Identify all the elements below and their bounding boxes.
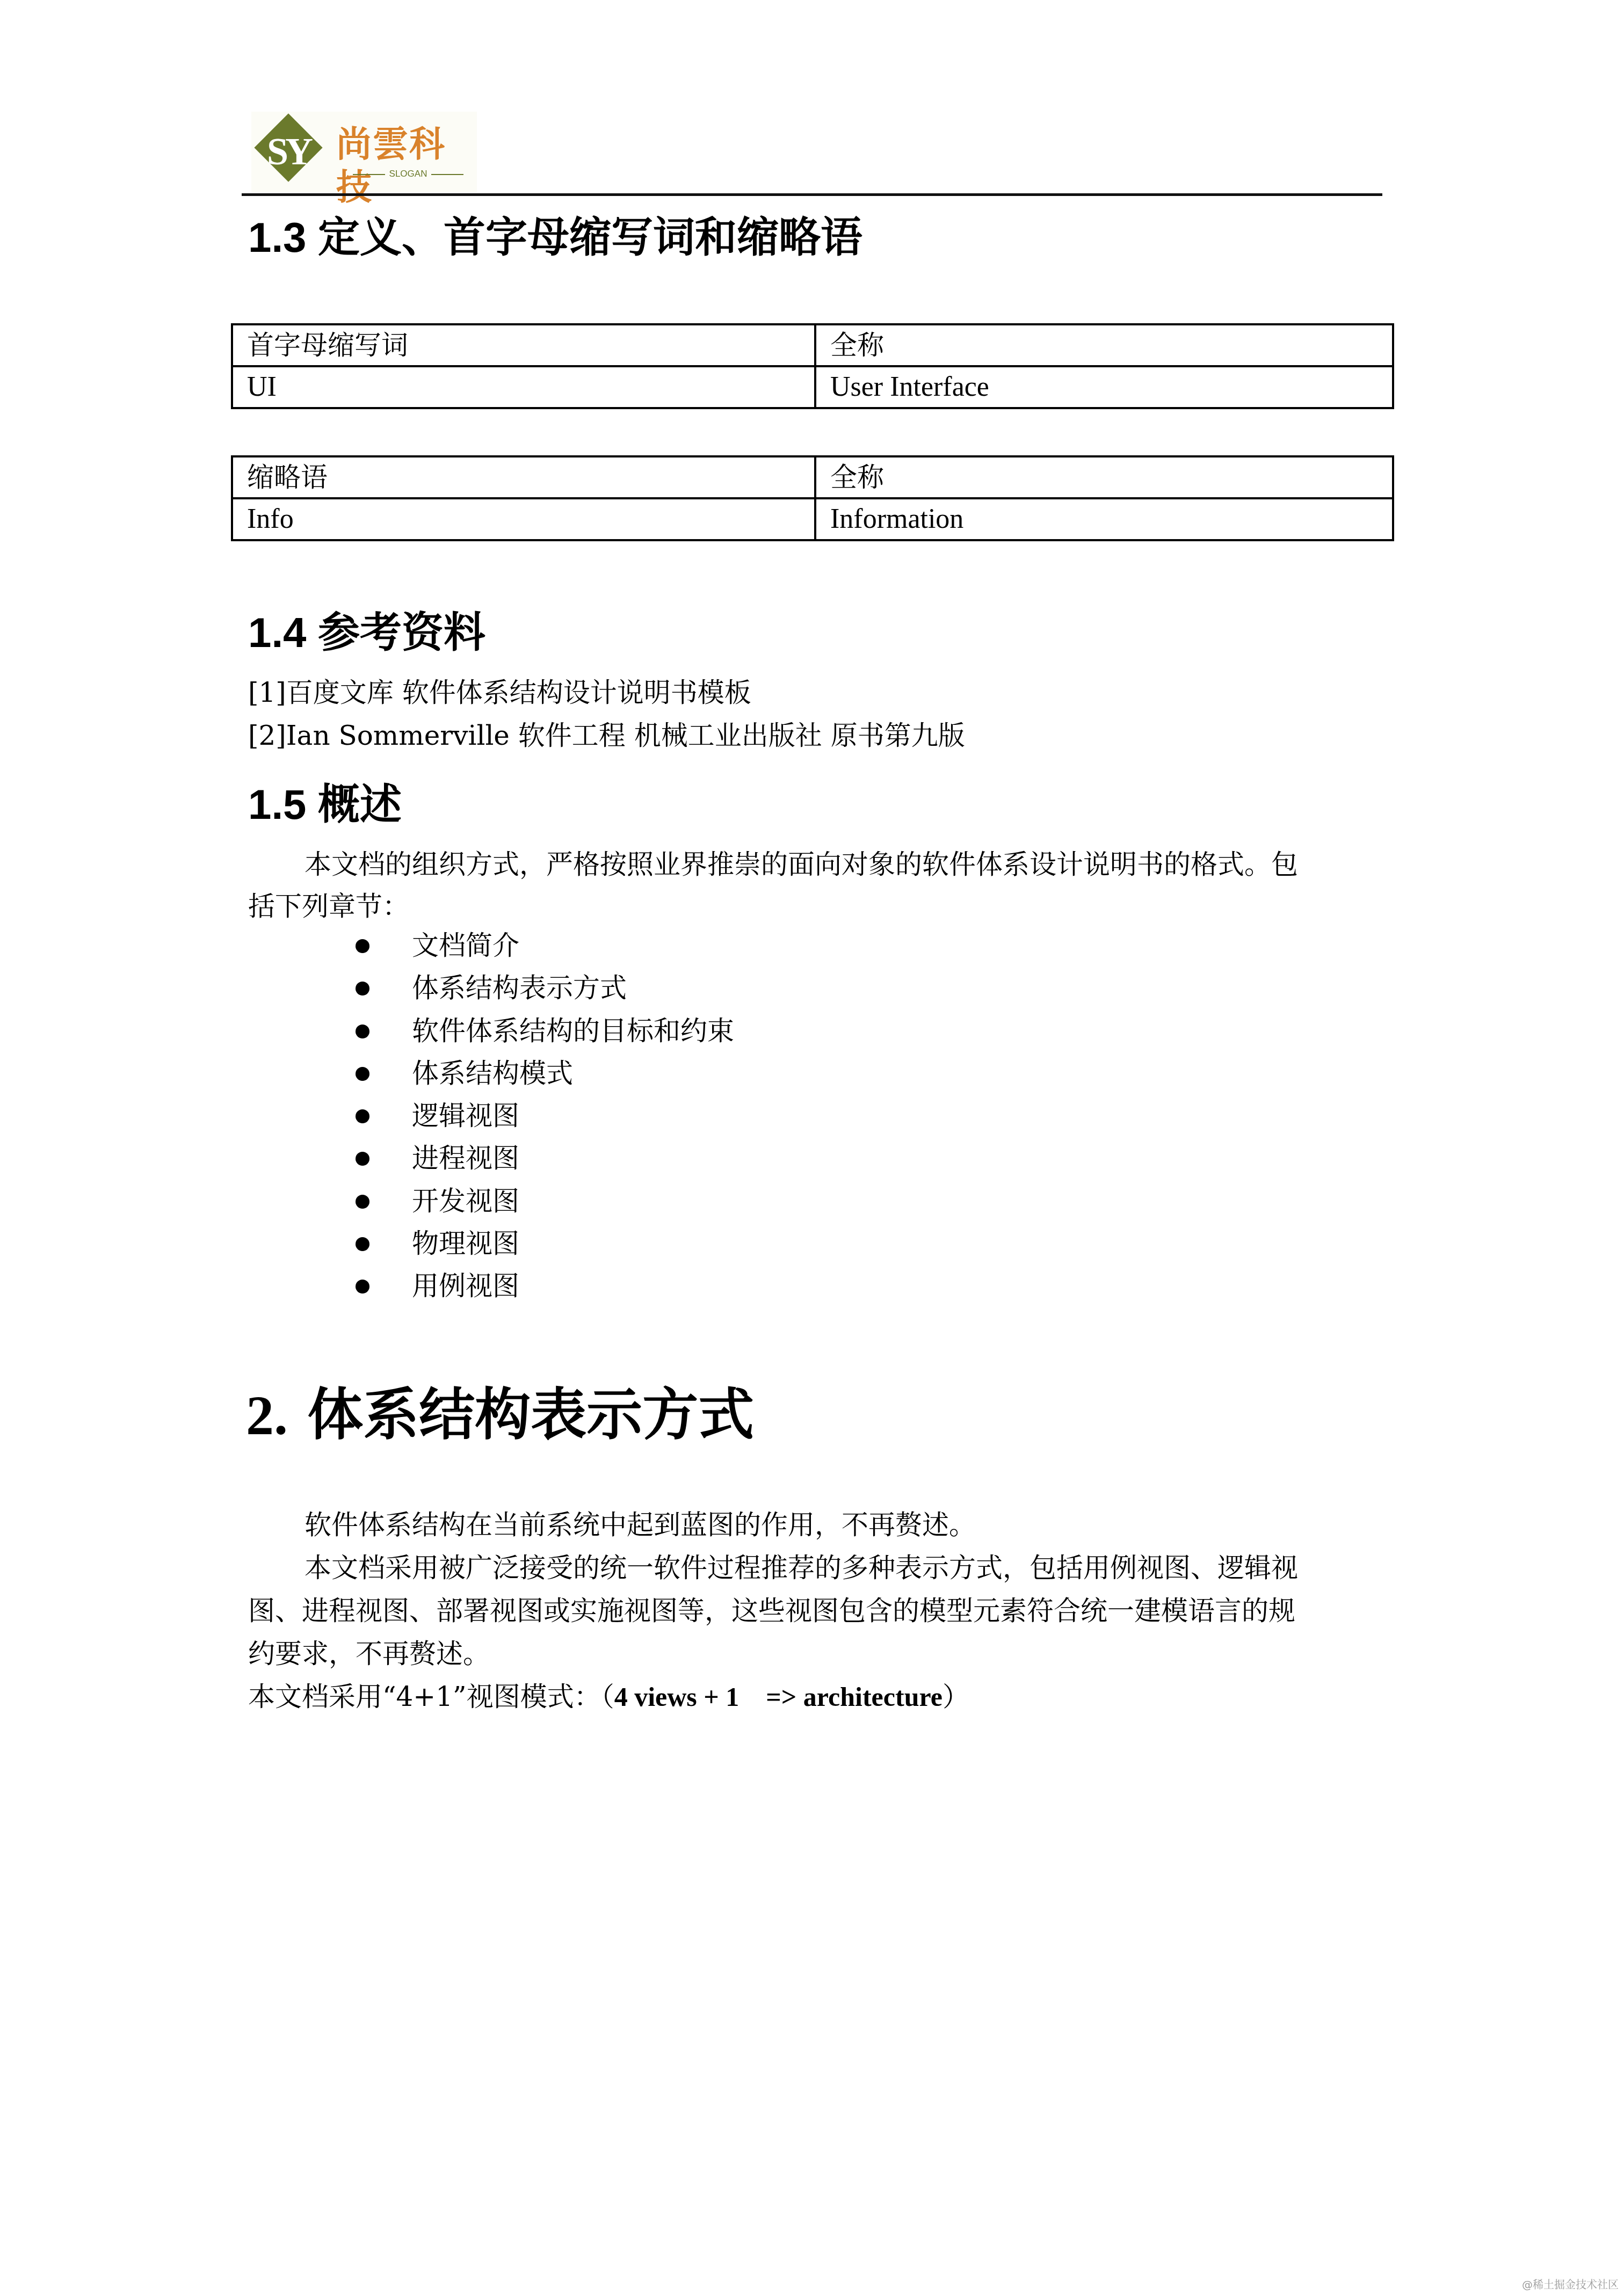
table-header-cell: 全称 bbox=[815, 456, 1393, 498]
list-item: 进程视图 bbox=[344, 1137, 734, 1180]
list-item: 文档简介 bbox=[344, 925, 734, 967]
bullet-icon bbox=[356, 982, 369, 996]
section-2-paragraph: 软件体系结构在当前系统中起到蓝图的作用，不再赘述。 bbox=[248, 1503, 976, 1546]
list-item-label: 开发视图 bbox=[412, 1186, 519, 1217]
list-item: 体系结构表示方式 bbox=[344, 967, 734, 1009]
list-item: 体系结构模式 bbox=[344, 1052, 734, 1095]
list-item: 开发视图 bbox=[344, 1180, 734, 1223]
logo-mark: SY bbox=[259, 130, 318, 173]
four-plus-one-suffix: ） bbox=[943, 1681, 969, 1712]
table-cell: User Interface bbox=[815, 366, 1393, 408]
list-item-label: 逻辑视图 bbox=[412, 1100, 519, 1131]
list-item-label: 软件体系结构的目标和约束 bbox=[412, 1015, 734, 1047]
list-item-label: 体系结构模式 bbox=[412, 1058, 573, 1089]
section-2-heading: 2. 体系结构表示方式 bbox=[246, 1380, 754, 1451]
section-2-paragraph-line: 约要求，不再赘述。 bbox=[248, 1632, 490, 1675]
overview-paragraph-line: 本文档的组织方式，严格按照业界推崇的面向对象的软件体系设计说明书的格式。包 bbox=[248, 843, 1298, 886]
bullet-icon bbox=[356, 1025, 369, 1038]
list-item: 软件体系结构的目标和约束 bbox=[344, 1010, 734, 1052]
reference-item: [1]百度文库 软件体系结构设计说明书模板 bbox=[248, 671, 751, 714]
bullet-icon bbox=[356, 1195, 369, 1209]
table-header-row: 首字母缩写词 全称 bbox=[232, 324, 1393, 366]
table-row: Info Information bbox=[232, 498, 1393, 540]
table-header-cell: 全称 bbox=[815, 324, 1393, 366]
list-item-label: 物理视图 bbox=[412, 1228, 519, 1259]
list-item-label: 用例视图 bbox=[412, 1270, 519, 1302]
bullet-icon bbox=[356, 1152, 369, 1166]
section-1-3-heading: 1.3 定义、首字母缩写词和缩略语 bbox=[248, 210, 862, 264]
list-item-label: 进程视图 bbox=[412, 1143, 519, 1174]
watermark: @稀土掘金技术社区 bbox=[1522, 2276, 1619, 2292]
list-item: 物理视图 bbox=[344, 1223, 734, 1265]
four-plus-one-prefix: 本文档采用“4+1”视图模式：（ bbox=[248, 1681, 614, 1712]
list-item-label: 文档简介 bbox=[412, 930, 519, 961]
bullet-icon bbox=[356, 1067, 369, 1081]
table-cell: Info bbox=[232, 498, 815, 540]
table-header-cell: 首字母缩写词 bbox=[232, 324, 815, 366]
table-cell: UI bbox=[232, 366, 815, 408]
table-header-cell: 缩略语 bbox=[232, 456, 815, 498]
reference-item: [2]Ian Sommerville 软件工程 机械工业出版社 原书第九版 bbox=[248, 714, 965, 757]
section-2-paragraph-line: 图、进程视图、部署视图或实施视图等，这些视图包含的模型元素符合统一建模语言的规 bbox=[248, 1589, 1295, 1632]
section-2-paragraph-line: 本文档采用被广泛接受的统一软件过程推荐的多种表示方式，包括用例视图、逻辑视 bbox=[248, 1546, 1298, 1589]
section-1-4-heading: 1.4 参考资料 bbox=[248, 606, 485, 659]
table-header-row: 缩略语 全称 bbox=[232, 456, 1393, 498]
bullet-icon bbox=[356, 939, 369, 953]
table-cell: Information bbox=[815, 498, 1393, 540]
section-2-title: 体系结构表示方式 bbox=[307, 1382, 754, 1448]
list-item-label: 体系结构表示方式 bbox=[412, 972, 627, 1004]
abbreviations-table: 缩略语 全称 Info Information bbox=[231, 455, 1394, 541]
chapter-list: 文档简介 体系结构表示方式 软件体系结构的目标和约束 体系结构模式 逻辑视图 进… bbox=[344, 925, 734, 1308]
table-row: UI User Interface bbox=[232, 366, 1393, 408]
bullet-icon bbox=[356, 1280, 369, 1294]
list-item: 用例视图 bbox=[344, 1265, 734, 1307]
bullet-icon bbox=[356, 1237, 369, 1251]
bullet-icon bbox=[356, 1109, 369, 1123]
header-divider bbox=[242, 193, 1382, 196]
logo-slogan: SLOGAN bbox=[347, 169, 469, 179]
list-item: 逻辑视图 bbox=[344, 1095, 734, 1137]
four-plus-one-line: 本文档采用“4+1”视图模式：（4 views + 1 => architect… bbox=[248, 1675, 969, 1718]
acronyms-table: 首字母缩写词 全称 UI User Interface bbox=[231, 323, 1394, 409]
section-2-number: 2. bbox=[246, 1385, 288, 1447]
company-logo: SY 尚雲科技 SLOGAN bbox=[251, 112, 477, 192]
section-1-5-heading: 1.5 概述 bbox=[248, 778, 402, 831]
overview-paragraph-line: 括下列章节： bbox=[248, 885, 409, 928]
four-plus-one-formula: 4 views + 1 => architecture bbox=[614, 1682, 943, 1712]
